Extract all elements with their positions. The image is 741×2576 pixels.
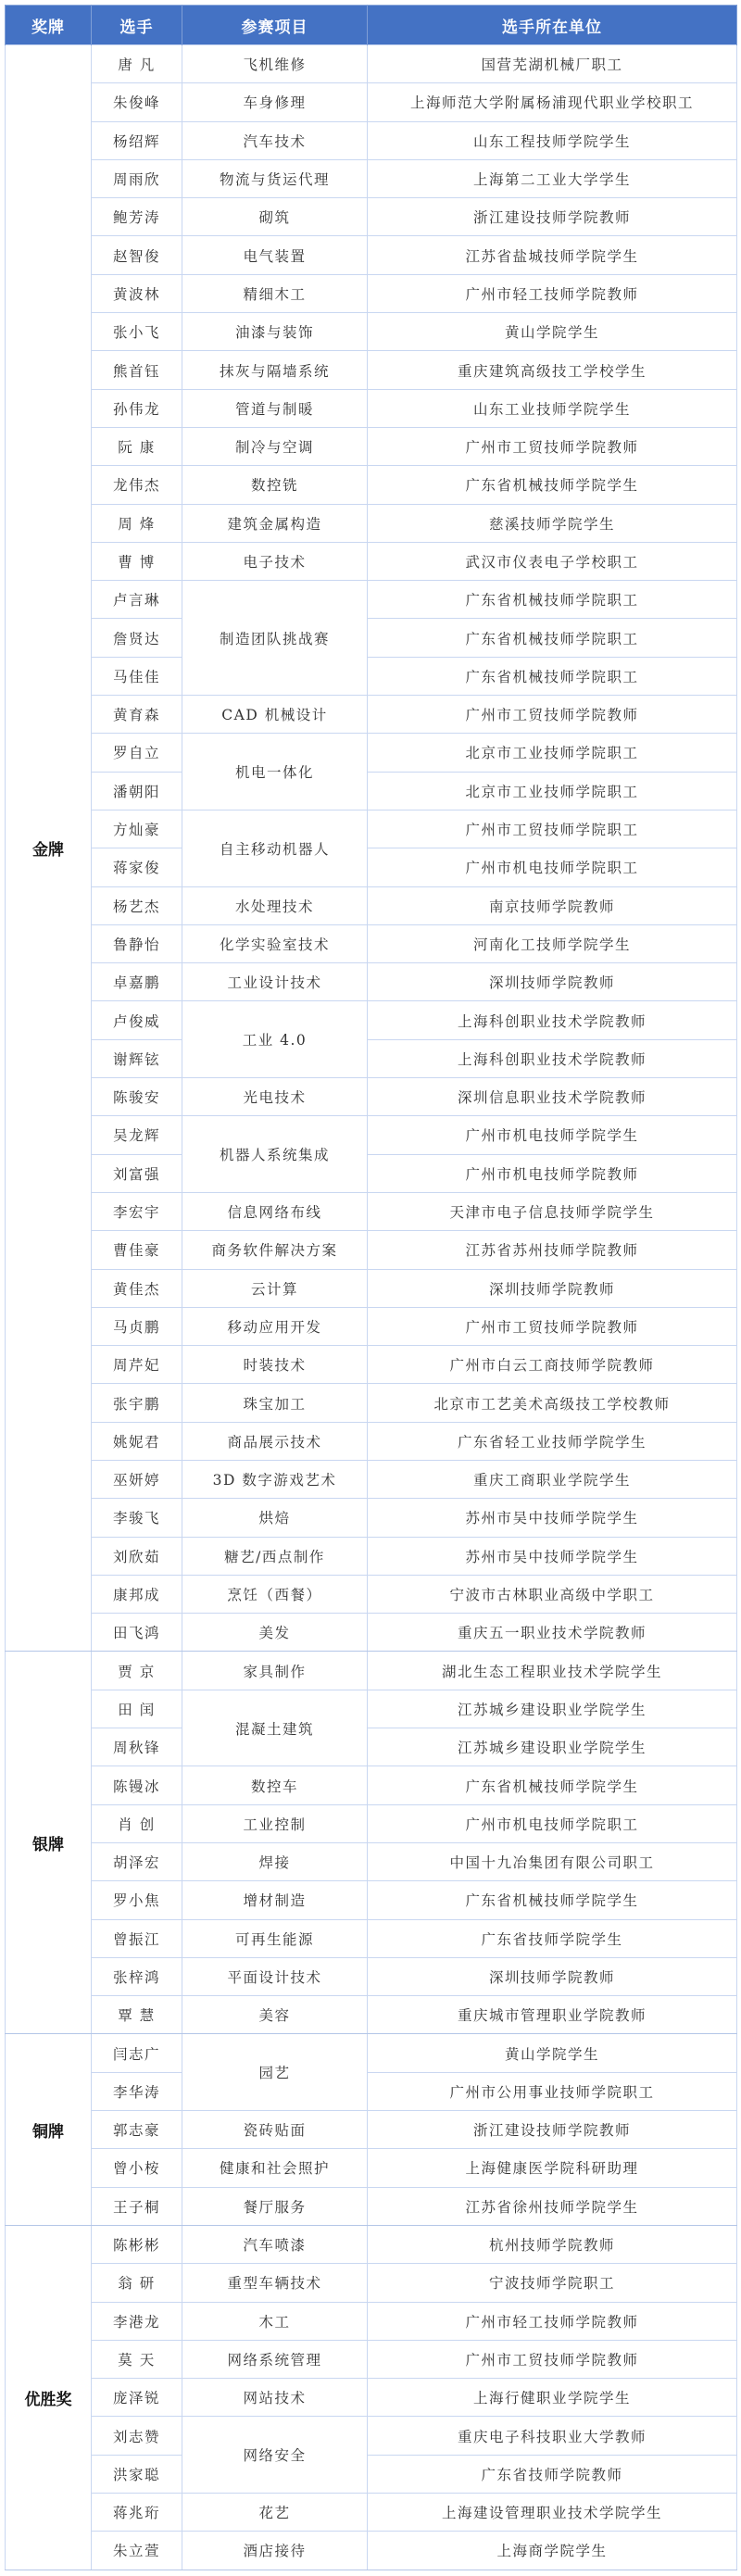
header-unit: 选手所在单位: [368, 6, 737, 45]
contestant-name: 朱立萱: [92, 2532, 182, 2570]
contestant-unit: 广州市工贸技师学院教师: [368, 2340, 737, 2378]
contestant-unit: 广东省机械技师学院学生: [368, 1766, 737, 1804]
contestant-unit: 广州市公用事业技师学院职工: [368, 2072, 737, 2110]
event-name: 健康和社会照护: [182, 2149, 368, 2187]
table-row: 莫 天网络系统管理广州市工贸技师学院教师: [6, 2340, 737, 2378]
contestant-unit: 上海第二工业大学学生: [368, 159, 737, 197]
event-name: 制造团队挑战赛: [182, 581, 368, 696]
contestant-name: 张小飞: [92, 313, 182, 351]
event-name: 工业控制: [182, 1804, 368, 1842]
event-name: 烹饪（西餐）: [182, 1575, 368, 1613]
contestant-name: 詹贤达: [92, 619, 182, 657]
contestant-unit: 山东工程技师学院学生: [368, 121, 737, 159]
event-name: 木工: [182, 2302, 368, 2340]
table-row: 翁 研重型车辆技术宁波技师学院职工: [6, 2264, 737, 2302]
table-row: 杨绍辉汽车技术山东工程技师学院学生: [6, 121, 737, 159]
contestant-unit: 上海师范大学附属杨浦现代职业学校职工: [368, 83, 737, 121]
contestant-unit: 江苏省苏州技师学院教师: [368, 1231, 737, 1269]
table-row: 姚妮君商品展示技术广东省轻工业技师学院学生: [6, 1422, 737, 1460]
event-name: 数控铣: [182, 466, 368, 504]
table-row: 银牌贾 京家具制作湖北生态工程职业技术学院学生: [6, 1652, 737, 1690]
contestant-name: 曾小桉: [92, 2149, 182, 2187]
event-name: 砌筑: [182, 198, 368, 236]
table-row: 马佳佳广东省机械技师学院职工: [6, 657, 737, 695]
contestant-name: 赵智俊: [92, 236, 182, 274]
event-name: 电子技术: [182, 542, 368, 580]
table-row: 曾小桉健康和社会照护上海健康医学院科研助理: [6, 2149, 737, 2187]
contestant-unit: 广州市工贸技师学院教师: [368, 427, 737, 465]
contestant-name: 罗自立: [92, 734, 182, 772]
event-name: 油漆与装饰: [182, 313, 368, 351]
event-name: 车身修理: [182, 83, 368, 121]
table-row: 李华涛广州市公用事业技师学院职工: [6, 2072, 737, 2110]
contestant-unit: 湖北生态工程职业技术学院学生: [368, 1652, 737, 1690]
contestant-unit: 广东省机械技师学院职工: [368, 581, 737, 619]
event-name: 美容: [182, 1996, 368, 2034]
table-row: 覃 慧美容重庆城市管理职业学院教师: [6, 1996, 737, 2034]
contestant-unit: 河南化工技师学院学生: [368, 924, 737, 962]
medal-cell: 铜牌: [6, 2034, 92, 2225]
contestant-name: 黄波林: [92, 274, 182, 312]
contestant-name: 陈镘冰: [92, 1766, 182, 1804]
contestant-name: 谢辉铉: [92, 1039, 182, 1077]
event-name: 商务软件解决方案: [182, 1231, 368, 1269]
event-name: 网络安全: [182, 2417, 368, 2494]
table-row: 刘欣茹糖艺/西点制作苏州市吴中技师学院学生: [6, 1537, 737, 1575]
event-name: 园艺: [182, 2034, 368, 2111]
table-row: 蒋兆珩花艺上海建设管理职业技术学院学生: [6, 2494, 737, 2532]
table-header-row: 奖牌 选手 参赛项目 选手所在单位: [6, 6, 737, 45]
table-row: 康邦成烹饪（西餐）宁波市古林职业高级中学职工: [6, 1575, 737, 1613]
contestant-unit: 深圳信息职业技术学院教师: [368, 1078, 737, 1116]
contestant-name: 王子桐: [92, 2187, 182, 2225]
contestant-name: 马佳佳: [92, 657, 182, 695]
contestant-unit: 山东工业技师学院学生: [368, 389, 737, 427]
contestant-unit: 重庆城市管理职业学院教师: [368, 1996, 737, 2034]
contestant-unit: 广东省机械技师学院学生: [368, 1881, 737, 1919]
contestant-name: 陈彬彬: [92, 2225, 182, 2263]
contestant-unit: 上海行健职业学院学生: [368, 2379, 737, 2417]
table-row: 李宏宇信息网络布线天津市电子信息技师学院学生: [6, 1192, 737, 1230]
table-row: 张宇鹏珠宝加工北京市工艺美术高级技工学校教师: [6, 1384, 737, 1422]
table-row: 优胜奖陈彬彬汽车喷漆杭州技师学院教师: [6, 2225, 737, 2263]
contestant-unit: 南京技师学院教师: [368, 886, 737, 924]
contestant-name: 唐 凡: [92, 45, 182, 83]
contestant-unit: 广州市轻工技师学院教师: [368, 2302, 737, 2340]
contestant-name: 巫妍婷: [92, 1460, 182, 1498]
table-row: 陈骏安光电技术深圳信息职业技术学院教师: [6, 1078, 737, 1116]
contestant-unit: 广州市工贸技师学院教师: [368, 696, 737, 734]
contestant-name: 莫 天: [92, 2340, 182, 2378]
contestant-unit: 上海建设管理职业技术学院学生: [368, 2494, 737, 2532]
contestant-unit: 广州市轻工技师学院教师: [368, 274, 737, 312]
contestant-unit: 广州市工贸技师学院职工: [368, 810, 737, 848]
event-name: 增材制造: [182, 1881, 368, 1919]
table-row: 周秋锋江苏城乡建设职业学院学生: [6, 1728, 737, 1766]
contestant-unit: 广东省技师学院学生: [368, 1919, 737, 1957]
event-name: 美发: [182, 1614, 368, 1652]
contestant-name: 方灿豪: [92, 810, 182, 848]
table-row: 鲁静怡化学实验室技术河南化工技师学院学生: [6, 924, 737, 962]
contestant-unit: 国营芜湖机械厂职工: [368, 45, 737, 83]
contestant-name: 姚妮君: [92, 1422, 182, 1460]
contestant-unit: 武汉市仪表电子学校职工: [368, 542, 737, 580]
table-row: 鲍芳涛砌筑浙江建设技师学院教师: [6, 198, 737, 236]
contestant-name: 陈骏安: [92, 1078, 182, 1116]
contestant-unit: 广州市机电技师学院教师: [368, 1154, 737, 1192]
event-name: 瓷砖贴面: [182, 2111, 368, 2149]
event-name: 数控车: [182, 1766, 368, 1804]
table-row: 曹 博电子技术武汉市仪表电子学校职工: [6, 542, 737, 580]
event-name: 机器人系统集成: [182, 1116, 368, 1193]
table-row: 朱立萱酒店接待上海商学院学生: [6, 2532, 737, 2570]
contestant-unit: 广州市机电技师学院职工: [368, 848, 737, 886]
contestant-name: 罗小焦: [92, 1881, 182, 1919]
header-medal: 奖牌: [6, 6, 92, 45]
event-name: 糖艺/西点制作: [182, 1537, 368, 1575]
contestant-unit: 深圳技师学院教师: [368, 1957, 737, 1995]
contestant-unit: 上海健康医学院科研助理: [368, 2149, 737, 2187]
table-row: 郭志豪瓷砖贴面浙江建设技师学院教师: [6, 2111, 737, 2149]
table-row: 马贞鹏移动应用开发广州市工贸技师学院教师: [6, 1307, 737, 1345]
table-row: 卢俊威工业 4.0上海科创职业技术学院教师: [6, 1001, 737, 1039]
table-row: 曾振江可再生能源广东省技师学院学生: [6, 1919, 737, 1957]
contestant-name: 杨绍辉: [92, 121, 182, 159]
table-row: 熊首钰抹灰与隔墙系统重庆建筑高级技工学校学生: [6, 351, 737, 389]
table-row: 刘富强广州市机电技师学院教师: [6, 1154, 737, 1192]
event-name: 烘焙: [182, 1499, 368, 1537]
header-event: 参赛项目: [182, 6, 368, 45]
contestant-name: 卢俊威: [92, 1001, 182, 1039]
contestant-name: 吴龙辉: [92, 1116, 182, 1154]
table-row: 洪家聪广东省技师学院教师: [6, 2455, 737, 2493]
contestant-name: 李华涛: [92, 2072, 182, 2110]
event-name: 混凝土建筑: [182, 1690, 368, 1766]
contestant-name: 马贞鹏: [92, 1307, 182, 1345]
table-row: 赵智俊电气装置江苏省盐城技师学院学生: [6, 236, 737, 274]
medal-cell: 金牌: [6, 45, 92, 1652]
contestant-name: 杨艺杰: [92, 886, 182, 924]
event-name: 网络系统管理: [182, 2340, 368, 2378]
table-row: 肖 创工业控制广州市机电技师学院职工: [6, 1804, 737, 1842]
contestant-unit: 宁波技师学院职工: [368, 2264, 737, 2302]
event-name: 时装技术: [182, 1346, 368, 1384]
contestant-unit: 黄山学院学生: [368, 2034, 737, 2072]
event-name: 云计算: [182, 1269, 368, 1307]
medal-cell: 银牌: [6, 1652, 92, 2034]
event-name: 可再生能源: [182, 1919, 368, 1957]
table-row: 庞泽锐网站技术上海行健职业学院学生: [6, 2379, 737, 2417]
event-name: 餐厅服务: [182, 2187, 368, 2225]
table-body: 金牌唐 凡飞机维修国营芜湖机械厂职工朱俊峰车身修理上海师范大学附属杨浦现代职业学…: [6, 45, 737, 2570]
table-row: 阮 康制冷与空调广州市工贸技师学院教师: [6, 427, 737, 465]
event-name: 3D 数字游戏艺术: [182, 1460, 368, 1498]
table-row: 罗小焦增材制造广东省机械技师学院学生: [6, 1881, 737, 1919]
contestant-name: 胡泽宏: [92, 1842, 182, 1880]
table-row: 张梓鸿平面设计技术深圳技师学院教师: [6, 1957, 737, 1995]
contestant-name: 孙伟龙: [92, 389, 182, 427]
event-name: 花艺: [182, 2494, 368, 2532]
contestant-unit: 广东省机械技师学院职工: [368, 619, 737, 657]
table-row: 刘志赞网络安全重庆电子科技职业大学教师: [6, 2417, 737, 2455]
contestant-unit: 江苏城乡建设职业学院学生: [368, 1728, 737, 1766]
contestant-name: 曾振江: [92, 1919, 182, 1957]
contestant-name: 黄育森: [92, 696, 182, 734]
contestant-unit: 广东省机械技师学院职工: [368, 657, 737, 695]
contestant-unit: 江苏城乡建设职业学院学生: [368, 1690, 737, 1728]
contestant-name: 刘富强: [92, 1154, 182, 1192]
table-row: 金牌唐 凡飞机维修国营芜湖机械厂职工: [6, 45, 737, 83]
contestant-unit: 浙江建设技师学院教师: [368, 2111, 737, 2149]
contestant-name: 李港龙: [92, 2302, 182, 2340]
contestant-name: 康邦成: [92, 1575, 182, 1613]
contestant-name: 黄佳杰: [92, 1269, 182, 1307]
table-row: 胡泽宏焊接中国十九冶集团有限公司职工: [6, 1842, 737, 1880]
event-name: 精细木工: [182, 274, 368, 312]
contestant-name: 李宏宇: [92, 1192, 182, 1230]
event-name: 工业 4.0: [182, 1001, 368, 1078]
event-name: 焊接: [182, 1842, 368, 1880]
contestant-unit: 江苏省徐州技师学院学生: [368, 2187, 737, 2225]
table-row: 周芹妃时装技术广州市白云工商技师学院教师: [6, 1346, 737, 1384]
event-name: 汽车技术: [182, 121, 368, 159]
event-name: CAD 机械设计: [182, 696, 368, 734]
event-name: 自主移动机器人: [182, 810, 368, 886]
table-row: 卢言琳制造团队挑战赛广东省机械技师学院职工: [6, 581, 737, 619]
contestant-name: 周 烽: [92, 504, 182, 542]
contestant-unit: 苏州市吴中技师学院学生: [368, 1499, 737, 1537]
contestant-unit: 北京市工业技师学院职工: [368, 734, 737, 772]
contestant-unit: 上海商学院学生: [368, 2532, 737, 2570]
event-name: 飞机维修: [182, 45, 368, 83]
event-name: 电气装置: [182, 236, 368, 274]
event-name: 汽车喷漆: [182, 2225, 368, 2263]
contestant-name: 朱俊峰: [92, 83, 182, 121]
table-row: 杨艺杰水处理技术南京技师学院教师: [6, 886, 737, 924]
table-row: 潘朝阳北京市工业技师学院职工: [6, 772, 737, 810]
contestant-unit: 天津市电子信息技师学院学生: [368, 1192, 737, 1230]
table-row: 铜牌闫志广园艺黄山学院学生: [6, 2034, 737, 2072]
contestant-name: 龙伟杰: [92, 466, 182, 504]
event-name: 酒店接待: [182, 2532, 368, 2570]
contestant-name: 熊首钰: [92, 351, 182, 389]
table-row: 谢辉铉上海科创职业技术学院教师: [6, 1039, 737, 1077]
contestant-name: 蒋家俊: [92, 848, 182, 886]
event-name: 工业设计技术: [182, 963, 368, 1001]
contestant-unit: 浙江建设技师学院教师: [368, 198, 737, 236]
contestant-unit: 宁波市古林职业高级中学职工: [368, 1575, 737, 1613]
contestant-name: 刘志赞: [92, 2417, 182, 2455]
table-row: 周 烽建筑金属构造慈溪技师学院学生: [6, 504, 737, 542]
table-row: 曹佳豪商务软件解决方案江苏省苏州技师学院教师: [6, 1231, 737, 1269]
event-name: 家具制作: [182, 1652, 368, 1690]
contestant-unit: 上海科创职业技术学院教师: [368, 1039, 737, 1077]
table-row: 龙伟杰数控铣广东省机械技师学院学生: [6, 466, 737, 504]
medal-winners-table: 奖牌 选手 参赛项目 选手所在单位 金牌唐 凡飞机维修国营芜湖机械厂职工朱俊峰车…: [5, 5, 737, 2570]
table-row: 李骏飞烘焙苏州市吴中技师学院学生: [6, 1499, 737, 1537]
event-name: 重型车辆技术: [182, 2264, 368, 2302]
contestant-name: 鲍芳涛: [92, 198, 182, 236]
event-name: 移动应用开发: [182, 1307, 368, 1345]
table-row: 朱俊峰车身修理上海师范大学附属杨浦现代职业学校职工: [6, 83, 737, 121]
contestant-name: 张梓鸿: [92, 1957, 182, 1995]
table-row: 罗自立机电一体化北京市工业技师学院职工: [6, 734, 737, 772]
table-row: 孙伟龙管道与制暖山东工业技师学院学生: [6, 389, 737, 427]
contestant-unit: 重庆工商职业学院学生: [368, 1460, 737, 1498]
contestant-unit: 黄山学院学生: [368, 313, 737, 351]
contestant-unit: 深圳技师学院教师: [368, 1269, 737, 1307]
contestant-name: 郭志豪: [92, 2111, 182, 2149]
contestant-name: 闫志广: [92, 2034, 182, 2072]
table-row: 周雨欣物流与货运代理上海第二工业大学学生: [6, 159, 737, 197]
event-name: 平面设计技术: [182, 1957, 368, 1995]
contestant-unit: 杭州技师学院教师: [368, 2225, 737, 2263]
table-row: 陈镘冰数控车广东省机械技师学院学生: [6, 1766, 737, 1804]
table-row: 王子桐餐厅服务江苏省徐州技师学院学生: [6, 2187, 737, 2225]
event-name: 机电一体化: [182, 734, 368, 810]
contestant-name: 翁 研: [92, 2264, 182, 2302]
event-name: 管道与制暖: [182, 389, 368, 427]
contestant-name: 洪家聪: [92, 2455, 182, 2493]
event-name: 商品展示技术: [182, 1422, 368, 1460]
event-name: 建筑金属构造: [182, 504, 368, 542]
contestant-unit: 广东省机械技师学院学生: [368, 466, 737, 504]
contestant-name: 田 闰: [92, 1690, 182, 1728]
table-row: 李港龙木工广州市轻工技师学院教师: [6, 2302, 737, 2340]
contestant-unit: 重庆五一职业技术学院教师: [368, 1614, 737, 1652]
medal-cell: 优胜奖: [6, 2225, 92, 2570]
table-row: 黄佳杰云计算深圳技师学院教师: [6, 1269, 737, 1307]
event-name: 信息网络布线: [182, 1192, 368, 1230]
event-name: 网站技术: [182, 2379, 368, 2417]
contestant-name: 曹 博: [92, 542, 182, 580]
table-row: 田 闰混凝土建筑江苏城乡建设职业学院学生: [6, 1690, 737, 1728]
contestant-unit: 广东省轻工业技师学院学生: [368, 1422, 737, 1460]
contestant-name: 庞泽锐: [92, 2379, 182, 2417]
contestant-unit: 江苏省盐城技师学院学生: [368, 236, 737, 274]
contestant-name: 卢言琳: [92, 581, 182, 619]
table-row: 蒋家俊广州市机电技师学院职工: [6, 848, 737, 886]
contestant-unit: 广东省技师学院教师: [368, 2455, 737, 2493]
contestant-unit: 中国十九冶集团有限公司职工: [368, 1842, 737, 1880]
table-row: 詹贤达广东省机械技师学院职工: [6, 619, 737, 657]
contestant-name: 卓嘉鹏: [92, 963, 182, 1001]
event-name: 水处理技术: [182, 886, 368, 924]
contestant-unit: 苏州市吴中技师学院学生: [368, 1537, 737, 1575]
contestant-name: 贾 京: [92, 1652, 182, 1690]
contestant-unit: 北京市工业技师学院职工: [368, 772, 737, 810]
event-name: 光电技术: [182, 1078, 368, 1116]
contestant-name: 田飞鸿: [92, 1614, 182, 1652]
event-name: 化学实验室技术: [182, 924, 368, 962]
contestant-unit: 重庆建筑高级技工学校学生: [368, 351, 737, 389]
contestant-name: 周秋锋: [92, 1728, 182, 1766]
contestant-name: 张宇鹏: [92, 1384, 182, 1422]
contestant-name: 曹佳豪: [92, 1231, 182, 1269]
event-name: 制冷与空调: [182, 427, 368, 465]
contestant-name: 阮 康: [92, 427, 182, 465]
table-row: 黄波林精细木工广州市轻工技师学院教师: [6, 274, 737, 312]
contestant-unit: 慈溪技师学院学生: [368, 504, 737, 542]
contestant-unit: 北京市工艺美术高级技工学校教师: [368, 1384, 737, 1422]
contestant-name: 肖 创: [92, 1804, 182, 1842]
table-row: 吴龙辉机器人系统集成广州市机电技师学院学生: [6, 1116, 737, 1154]
contestant-unit: 广州市白云工商技师学院教师: [368, 1346, 737, 1384]
contestant-unit: 深圳技师学院教师: [368, 963, 737, 1001]
contestant-unit: 广州市机电技师学院职工: [368, 1804, 737, 1842]
table-row: 张小飞油漆与装饰黄山学院学生: [6, 313, 737, 351]
table-row: 卓嘉鹏工业设计技术深圳技师学院教师: [6, 963, 737, 1001]
contestant-name: 刘欣茹: [92, 1537, 182, 1575]
table-row: 巫妍婷3D 数字游戏艺术重庆工商职业学院学生: [6, 1460, 737, 1498]
event-name: 物流与货运代理: [182, 159, 368, 197]
contestant-unit: 上海科创职业技术学院教师: [368, 1001, 737, 1039]
contestant-name: 周芹妃: [92, 1346, 182, 1384]
header-contestant: 选手: [92, 6, 182, 45]
event-name: 珠宝加工: [182, 1384, 368, 1422]
contestant-unit: 重庆电子科技职业大学教师: [368, 2417, 737, 2455]
table-row: 黄育森CAD 机械设计广州市工贸技师学院教师: [6, 696, 737, 734]
contestant-name: 李骏飞: [92, 1499, 182, 1537]
contestant-unit: 广州市机电技师学院学生: [368, 1116, 737, 1154]
contestant-name: 鲁静怡: [92, 924, 182, 962]
table-row: 方灿豪自主移动机器人广州市工贸技师学院职工: [6, 810, 737, 848]
contestant-name: 蒋兆珩: [92, 2494, 182, 2532]
contestant-name: 覃 慧: [92, 1996, 182, 2034]
table-row: 田飞鸿美发重庆五一职业技术学院教师: [6, 1614, 737, 1652]
contestant-unit: 广州市工贸技师学院教师: [368, 1307, 737, 1345]
event-name: 抹灰与隔墙系统: [182, 351, 368, 389]
contestant-name: 周雨欣: [92, 159, 182, 197]
contestant-name: 潘朝阳: [92, 772, 182, 810]
